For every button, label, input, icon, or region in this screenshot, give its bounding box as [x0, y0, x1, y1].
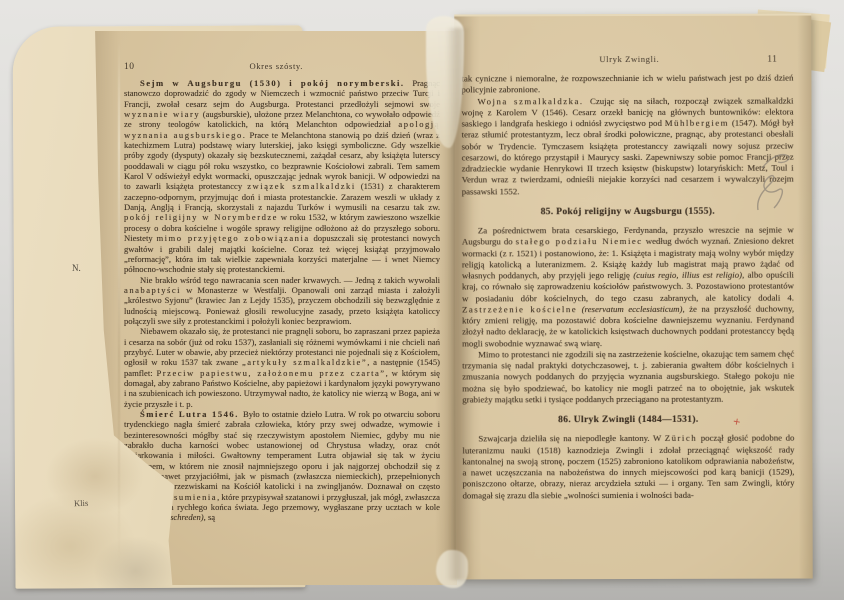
right-page-number: 11 — [767, 55, 777, 65]
paragraph: Szwajcarja dzieliła się na niepodległe k… — [462, 433, 794, 501]
right-page-text: tak cyniczne i niemoralne, że rozpowszec… — [461, 73, 794, 579]
section-heading: 85. Pokój religijny w Augsburgu (1555). — [462, 205, 794, 217]
text-segment: anabaptyści — [124, 285, 181, 295]
page-fold-line — [118, 40, 120, 560]
paragraph: Wojna szmalkaldzka. Czując się na siłach… — [461, 95, 793, 197]
text-segment: stałego podziału Niemiec — [516, 236, 643, 246]
text-segment: Wojna szmalkaldzka. — [477, 96, 589, 106]
text-segment: związek szmalkaldzki — [247, 181, 356, 191]
text-segment: (reservatum ecclesiasticum) — [582, 304, 683, 314]
margin-note-partial: Klis — [74, 498, 89, 508]
text-segment: wyznanie wiary — [124, 109, 200, 119]
paragraph: Niebawem okazało się, że protestanci nie… — [124, 326, 440, 409]
pencil-scribble — [748, 138, 804, 222]
text-segment: mimo przyjętego zobowiązania — [156, 233, 309, 243]
book-scan: N. Klis 10 Okres szósty. Sejm w Augsburg… — [0, 0, 844, 600]
margin-note-letter: N. — [72, 263, 81, 273]
text-segment: Sejm w Augsburgu (1530) i pokój norymber… — [140, 78, 412, 88]
text-segment: Było to ostatnie dzieło Lutra. W rok po … — [124, 409, 440, 491]
gutter-shadow — [446, 28, 472, 580]
right-page: Ulryk Zwingli. 11 tak cyniczne i niemora… — [454, 14, 812, 580]
section-heading: 86. Ulryk Zwingli (1484—1531). — [462, 414, 794, 426]
right-page-header: Ulryk Zwingli. 11 — [461, 54, 793, 66]
paragraph: Nie brakło wśród tego nawracania scen na… — [124, 275, 440, 327]
paragraph: tak cyniczne i niemoralne, że rozpowszec… — [461, 73, 793, 96]
text-segment: Śmierć Lutra 1546. — [140, 409, 243, 419]
left-running-header: Okres szósty. — [135, 61, 419, 71]
left-page-number: 10 — [124, 62, 135, 72]
text-segment: Przeciw papiestwu, założonemu przez czar… — [157, 368, 386, 378]
paragraph: Mimo to protestanci nie zgodzili się na … — [462, 348, 794, 405]
text-segment: Mimo to protestanci nie zgodzili się na … — [462, 348, 794, 404]
text-segment: „artykuły szmalkaldzkie” — [242, 357, 367, 367]
text-segment: Szwajcarja dzieliła się na niepodległe k… — [478, 433, 664, 443]
text-segment: tak cyniczne i niemoralne, że rozpowszec… — [461, 73, 793, 95]
text-segment: Mühlbergiem — [665, 118, 729, 128]
text-segment: Zürich — [665, 433, 697, 443]
left-page-header: 10 Okres szósty. — [124, 61, 440, 72]
text-segment: (cuius regio, illius est religio) — [633, 270, 742, 280]
paragraph: Sejm w Augsburgu (1530) i pokój norymber… — [124, 78, 440, 275]
right-running-header: Ulryk Zwingli. — [491, 54, 767, 65]
paragraph: Za pośrednictwem brata cesarskiego, Ferd… — [462, 225, 794, 350]
text-segment: Zastrzeżenie kościelne — [462, 304, 577, 314]
text-segment: (1547). Mógł był teraz stłumić protestan… — [462, 118, 794, 196]
text-segment: Nie brakło wśród tego nawracania scen na… — [140, 275, 440, 285]
text-segment: , są — [204, 512, 215, 522]
text-segment: pokój religijny w Norymberdze — [124, 212, 278, 222]
